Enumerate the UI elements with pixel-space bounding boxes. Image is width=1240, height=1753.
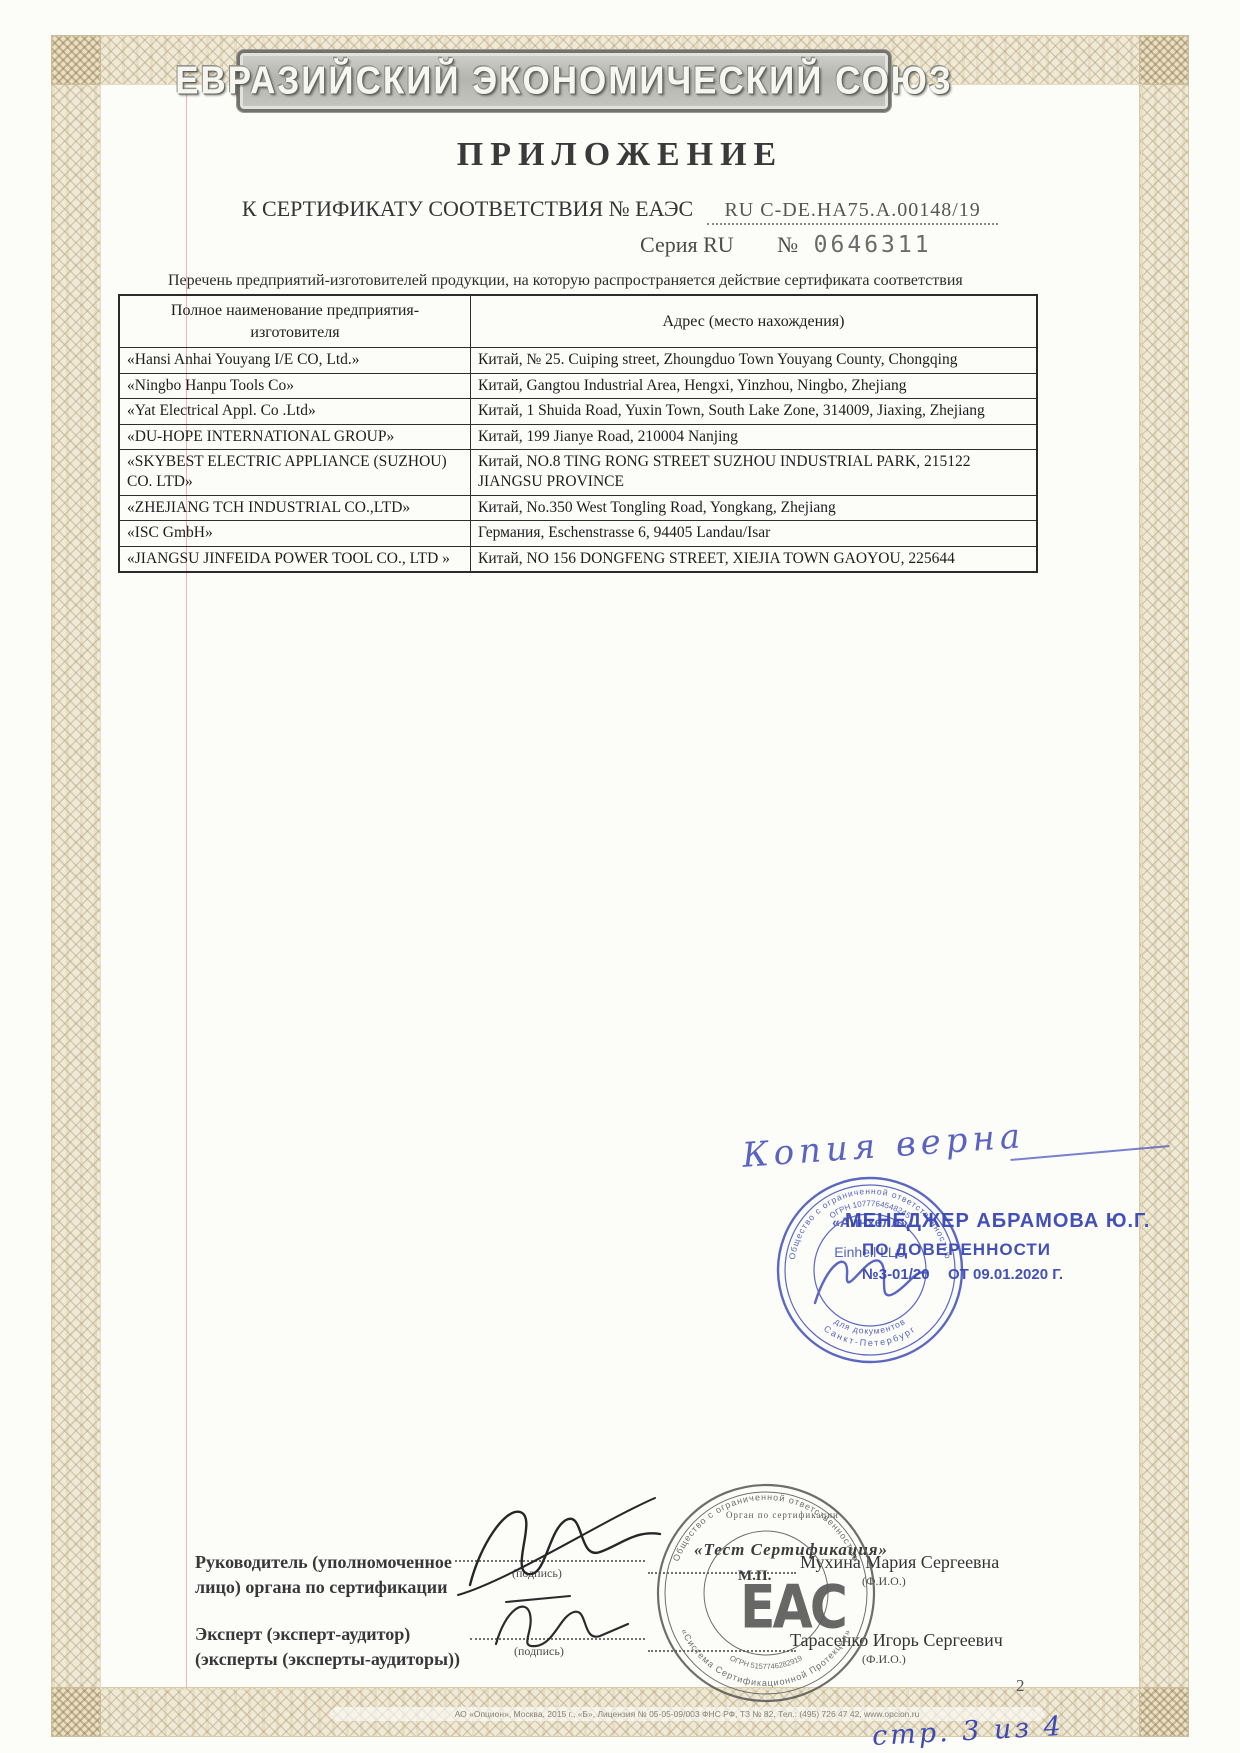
expert-signature-scrawl xyxy=(478,1586,638,1666)
border-corner-icon xyxy=(1140,36,1188,84)
certificate-number: RU C-DE.HA75.A.00148/19 xyxy=(707,199,998,225)
table-row: «DU-HOPE INTERNATIONAL GROUP»Китай, 199 … xyxy=(119,424,1037,449)
manufacturer-name-cell: «Ningbo Hanpu Tools Co» xyxy=(119,373,471,398)
head-signature-scrawl xyxy=(450,1490,670,1600)
stamp-note-number: №3-01/20 xyxy=(862,1266,930,1283)
table-row: «SKYBEST ELECTRIC APPLIANCE (SUZHOU) CO.… xyxy=(119,450,1037,496)
page-title: ПРИЛОЖЕНИЕ xyxy=(0,136,1240,174)
table-row: «Hansi Anhai Youyang I/E CO, Ltd.»Китай,… xyxy=(119,348,1037,373)
border-corner-icon xyxy=(52,36,100,84)
stamp-note-date: ОТ 09.01.2020 Г. xyxy=(948,1266,1063,1283)
series-no-sign: № xyxy=(777,232,798,257)
manufacturer-name-cell: «ISC GmbH» xyxy=(119,521,471,546)
manufacturers-table: Полное наименование предприятия-изготови… xyxy=(118,294,1038,573)
black-stamp-ring-bottom: «Система Сертификационной Протекции» xyxy=(679,1627,853,1688)
series-label: Серия RU xyxy=(640,232,734,257)
manufacturer-name-cell: «SKYBEST ELECTRIC APPLIANCE (SUZHOU) CO.… xyxy=(119,450,471,496)
series-line: Серия RU № 0646311 xyxy=(640,232,932,258)
border-corner-icon xyxy=(1140,1688,1188,1736)
role-head-of-body: Руководитель (уполномоченное лицо) орган… xyxy=(195,1550,457,1600)
series-number: 0646311 xyxy=(814,232,932,258)
manufacturer-name-cell: «DU-HOPE INTERNATIONAL GROUP» xyxy=(119,424,471,449)
header-address: Адрес (место нахождения) xyxy=(471,295,1038,348)
certificate-appendix-page: ЕВРАЗИЙСКИЙ ЭКОНОМИЧЕСКИЙ СОЮЗ ПРИЛОЖЕНИ… xyxy=(0,0,1240,1753)
manufacturer-address-cell: Китай, NO 156 DONGFENG STREET, XIEJIA TO… xyxy=(471,546,1038,572)
manufacturers-rows: «Hansi Anhai Youyang I/E CO, Ltd.»Китай,… xyxy=(119,348,1037,573)
table-header-row: Полное наименование предприятия-изготови… xyxy=(119,295,1037,348)
table-row: «Ningbo Hanpu Tools Co»Китай, Gangtou In… xyxy=(119,373,1037,398)
intro-paragraph: Перечень предприятий-изготовителей проду… xyxy=(158,272,1083,290)
manufacturer-address-cell: Китай, No.350 West Tongling Road, Yongka… xyxy=(471,495,1038,520)
stamp-note-poa: ПО ДОВЕРЕННОСТИ xyxy=(862,1240,1051,1260)
guilloche-border-left xyxy=(52,36,100,1736)
manufacturer-address-cell: Китай, 199 Jianye Road, 210004 Nanjing xyxy=(471,424,1038,449)
manufacturer-name-cell: «Yat Electrical Appl. Co .Ltd» xyxy=(119,399,471,424)
certification-round-stamp: Общество с ограниченной ответственностью… xyxy=(651,1478,881,1708)
eaeu-banner-text: ЕВРАЗИЙСКИЙ ЭКОНОМИЧЕСКИЙ СОЮЗ xyxy=(175,59,953,104)
page-number: 2 xyxy=(1016,1676,1025,1696)
guilloche-border-right xyxy=(1140,36,1188,1736)
black-stamp-ring-top: Общество с ограниченной ответственностью xyxy=(671,1492,861,1563)
table-row: «Yat Electrical Appl. Co .Ltd»Китай, 1 S… xyxy=(119,399,1037,424)
manufacturer-address-cell: Китай, № 25. Cuiping street, Zhoungduo T… xyxy=(471,348,1038,373)
manufacturer-address-cell: Китай, NO.8 TING RONG STREET SUZHOU INDU… xyxy=(471,450,1038,496)
eaeu-banner: ЕВРАЗИЙСКИЙ ЭКОНОМИЧЕСКИЙ СОЮЗ xyxy=(237,50,891,112)
svg-text:Общество с ограниченной ответс: Общество с ограниченной ответственностью xyxy=(671,1492,861,1563)
border-corner-icon xyxy=(52,1688,100,1736)
role-expert-auditor: Эксперт (эксперт-аудитор) (эксперты (экс… xyxy=(195,1622,477,1672)
table-row: «ISC GmbH»Германия, Eschenstrasse 6, 944… xyxy=(119,521,1037,546)
manufacturer-name-cell: «ZHEJIANG TCH INDUSTRIAL CO.,LTD» xyxy=(119,495,471,520)
certificate-label: К СЕРТИФИКАТУ СООТВЕТСТВИЯ № ЕАЭС xyxy=(242,196,693,221)
table-row: «ZHEJIANG TCH INDUSTRIAL CO.,LTD»Китай, … xyxy=(119,495,1037,520)
certificate-line: К СЕРТИФИКАТУ СООТВЕТСТВИЯ № ЕАЭСRU C-DE… xyxy=(0,196,1240,225)
black-stamp-ogrn: ОГРН 5157746282919 xyxy=(728,1653,803,1671)
svg-text:ОГРН 5157746282919: ОГРН 5157746282919 xyxy=(728,1653,803,1671)
manufacturer-address-cell: Китай, 1 Shuida Road, Yuxin Town, South … xyxy=(471,399,1038,424)
manufacturer-address-cell: Китай, Gangtou Industrial Area, Hengxi, … xyxy=(471,373,1038,398)
stamp-note-manager: МЕНЕДЖЕР АБРАМОВА Ю.Г. xyxy=(845,1210,1150,1233)
table-row: «JIANGSU JINFEIDA POWER TOOL CO., LTD »К… xyxy=(119,546,1037,572)
manufacturer-name-cell: «JIANGSU JINFEIDA POWER TOOL CO., LTD » xyxy=(119,546,471,572)
svg-text:«Система Сертификационной Прот: «Система Сертификационной Протекции» xyxy=(679,1627,853,1688)
manufacturer-address-cell: Германия, Eschenstrasse 6, 94405 Landau/… xyxy=(471,521,1038,546)
manufacturer-name-cell: «Hansi Anhai Youyang I/E CO, Ltd.» xyxy=(119,348,471,373)
header-manufacturer-name: Полное наименование предприятия-изготови… xyxy=(119,295,471,348)
